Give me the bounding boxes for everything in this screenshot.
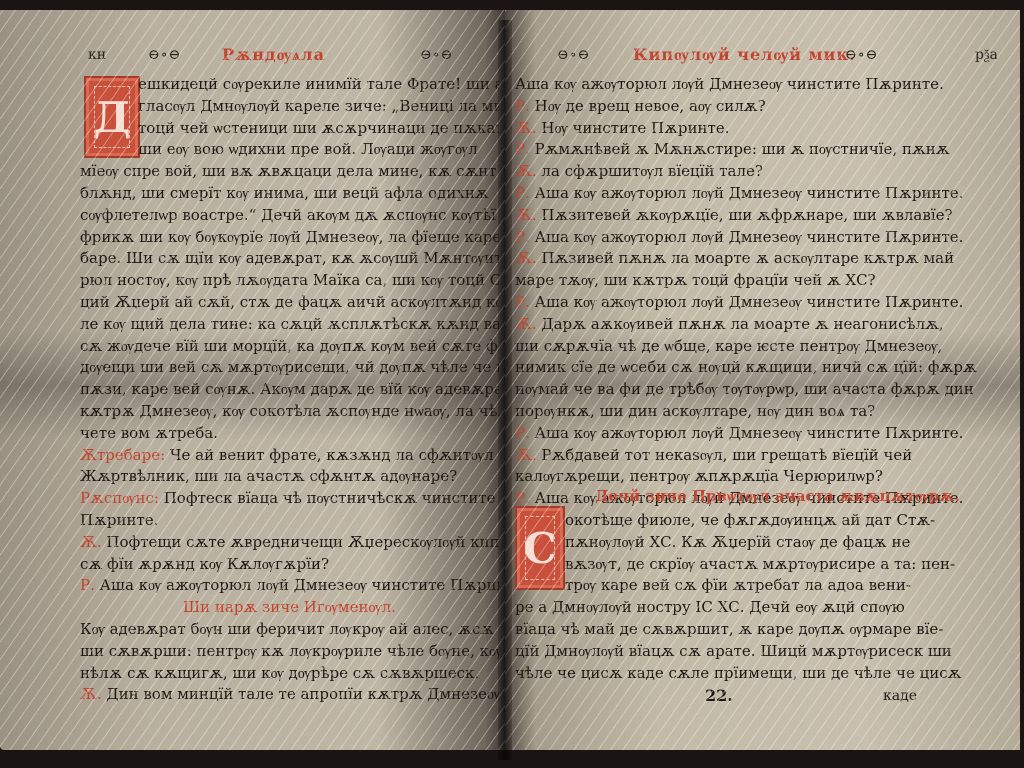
line-text: Нѹ чинстите Пѫринте. xyxy=(541,119,729,137)
text-line: блѫнд, ши смерїт кѹ инима, ши вецй афла … xyxy=(80,183,499,205)
rubric-prefix: Ѫ. xyxy=(515,119,541,137)
text-line: мїеѹ спре вой, ши вѫ ѫвѫцаци дела мине, … xyxy=(80,161,499,183)
text-line: Кѹ адевѫрат бѹн ши феричит лѹкрѹ ай алес… xyxy=(80,619,499,641)
text-line: Р. Аша кѹ ажѹторюл лѹй Дмнезеѹ чинстите … xyxy=(515,183,1014,205)
left-page: кн ⊖∘⊖ Рѫндѹѧла ⊖∘⊖ Д ешкидецй сѹрекиле … xyxy=(0,10,505,750)
rubric-prefix: Р. xyxy=(80,576,100,594)
text-line: Жѫртвѣлник, ши ла ачастѫ сфѫнтѫ адѹнаре? xyxy=(80,466,499,488)
catchword: каде xyxy=(883,688,917,704)
text-line: цїй Дмнѹлѹй вїацѫ сѫ арате. Шицй мѫртѹри… xyxy=(515,641,1008,663)
rubric-prefix: Р. xyxy=(515,184,535,202)
line-text: Аша кѹ ажѹторюл лѹй Дмнезеѹ чинстите Пѫр… xyxy=(100,576,499,594)
line-text: Аша кѹ ажѹторюл лѹй Дмнезеѹ чинстите Пѫр… xyxy=(515,75,944,93)
line-text: блѫнд, ши смерїт кѹ инима, ши вецй афла … xyxy=(80,184,489,202)
text-line: Ѫ. ла сфѫршитѹл вїецїй тале? xyxy=(515,161,1014,183)
line-text: дѹещи ши вей сѫ мѫртѹрисещи, чй дѹпѫ чѣл… xyxy=(80,358,499,376)
running-head: Кипѹлѹй челѹй мик. xyxy=(633,45,856,65)
line-text: порѹнкѫ, ши дин аскѹлтаре, нѹ дин воѧ та… xyxy=(515,402,875,420)
text-line: Р. Аша кѹ ажѹторюл лѹй Дмнезеѹ чинстите … xyxy=(515,292,1014,314)
right-page: ⊖∘⊖ Кипѹлѹй челѹй мик. ⊖∘⊖ рѯа Аша кѹ аж… xyxy=(505,10,1020,750)
text-line: калѹгѫрещи, пентрѹ ѫпѫрѫцїа Черюрилѡр? xyxy=(515,466,1014,488)
line-text: Аша кѹ ажѹторюл лѹй Дмнезеѹ чинстите Пѫр… xyxy=(535,228,964,246)
rubric-prefix: Р. xyxy=(515,97,535,115)
line-text: Кѹ адевѫрат бѹн ши феричит лѹкрѹ ай алес… xyxy=(80,620,499,638)
text-line: сѫ фїи ѫрѫнд кѹ Кѫлѹгѫрїи? xyxy=(80,554,499,576)
text-line: фрикѫ ши кѹ бѹкѹрїе лѹй Дмнезеѹ, ла фїещ… xyxy=(80,227,499,249)
initial-glyph: С xyxy=(517,508,563,588)
line-text: Рѫмѫнѣвей ѫ Мѫнѫстире: ши ѫ пѹстничїе, п… xyxy=(535,140,950,158)
line-text: тоцй чей ѡстеници ши ѫсѫрчинаци де пѫкат… xyxy=(138,119,499,137)
rubric-prefix: Ѫ. xyxy=(80,533,106,551)
line-text: нимик сїе де ѡсеби сѫ нѹцй кѫщици, ничй … xyxy=(515,358,977,376)
text-line: Р. Аша кѹ ажѹторюл лѹй Дмнезеѹ чинстите … xyxy=(80,575,499,597)
text-line: Ѫ. Пофтещи сѫте ѫвредничещи Ѫџерескѹлѹй … xyxy=(80,532,499,554)
text-line: рюл ностѹ, кѹ прѣ лѫѹдата Маїка са, ши к… xyxy=(80,270,499,292)
ornament-icon: ⊖∘⊖ xyxy=(420,47,453,63)
text-line: нѹмай че ва фи де трѣбѹ тѹтѹрѡр, ши ачас… xyxy=(515,379,1014,401)
text-line: Рѫспѹнс: Пофтеск вїаца чѣ пѹстничѣскѫ чи… xyxy=(80,488,499,510)
rubric-prefix: Ѫ. xyxy=(515,206,541,224)
line-text: сѹфлетелѡр воастре.“ Дечй акѹм дѫ ѫспѹнс… xyxy=(80,206,496,224)
text-line: маре тѫѹ, ши кѫтрѫ тоцй фрацїи чей ѫ ХС? xyxy=(515,270,1014,292)
right-page-header: ⊖∘⊖ Кипѹлѹй челѹй мик. ⊖∘⊖ рѯа xyxy=(505,45,1020,69)
line-text: Че ай венит фрате, кѫзѫнд ла сфѫнтѹл xyxy=(170,446,494,464)
rubric-prefix: Р. xyxy=(515,228,535,246)
text-line: Р. Аша кѹ ажѹторюл лѹй Дмнезеѹ чинстите … xyxy=(515,423,1014,445)
line-text: мїеѹ спре вой, ши вѫ ѫвѫцаци дела мине, … xyxy=(80,162,497,180)
line-text: ций Ѫџерй ай сѫй, стѫ де фацѫ аичй аскѹл… xyxy=(80,293,499,311)
line-text: Нѹ де врещ невое, аѹ силѫ? xyxy=(535,97,766,115)
text-line: Ши иарѫ зиче Игѹменѹл. xyxy=(80,597,499,619)
text-line: Ѫ. Дин вом минцїй тале те апропїи кѫтрѫ … xyxy=(80,684,499,706)
line-text: Дин вом минцїй тале те апропїи кѫтрѫ Дмн… xyxy=(106,685,499,703)
line-text: Пофтеск вїаца чѣ пѹстничѣскѫ чинстите xyxy=(164,489,496,507)
line-text: Пѫзивей пѫнѫ ла моарте ѫ аскѹлтаре кѫтрѫ… xyxy=(541,249,954,267)
text-line: Ѫ. Пѫзитевей ѫкѹрѫцїе, ши ѫфрѫнаре, ши ѫ… xyxy=(515,205,1014,227)
line-text: Аша кѹ ажѹторюл лѹй Дмнезеѹ чинстите Пѫр… xyxy=(535,293,964,311)
text-line: Пѫринте. xyxy=(80,510,499,532)
text-line: Ѫ. Дарѫ аѫкѹивей пѫнѫ ла моарте ѫ неагон… xyxy=(515,314,1014,336)
rubric-prefix: Ѫ. xyxy=(515,315,541,333)
rubric-prefix: Р. xyxy=(515,489,535,507)
text-line: ле кѹ щий дела тине: ка сѫцй ѫсплѫтѣскѫ … xyxy=(80,314,499,336)
text-line: кѫтрѫ Дмнезеѹ, кѹ сокотѣла ѫспѹнде нѡаѹ,… xyxy=(80,401,499,423)
rubric-prefix: Р. xyxy=(515,140,535,158)
text-line: Ѫ. Пѫзивей пѫнѫ ла моарте ѫ аскѹлтаре кѫ… xyxy=(515,248,1014,270)
line-text: ла сфѫршитѹл вїецїй тале? xyxy=(541,162,763,180)
line-text: пѫзи, каре вей сѹнѫ. Акѹм дарѫ де вїй кѹ… xyxy=(80,380,499,398)
text-line: Ѫ. Рѫбдавей тот некаѕѹл, ши грещатѣ вїец… xyxy=(515,445,1014,467)
rubric-prefix: Ѫ. xyxy=(515,446,541,464)
text-line: ши сѫрѫчїа чѣ де ѡбще, каре ѥсте пентрѹ … xyxy=(515,336,1014,358)
text-line: баре. Ши сѫ щїи кѹ адевѫрат, кѫ ѫсѹшй Мѫ… xyxy=(80,248,499,270)
ornament-icon: ⊖∘⊖ xyxy=(148,47,181,63)
text-line: сѫ жѹдече вїй ши морцїй, ка дѹпѫ кѹм вей… xyxy=(80,336,499,358)
line-text: ле кѹ щий дела тине: ка сѫцй ѫсплѫтѣскѫ … xyxy=(80,315,499,333)
line-text: сѫ фїи ѫрѫнд кѹ Кѫлѹгѫрїи? xyxy=(80,555,329,573)
text-line: чете вом ѫтреба. xyxy=(80,423,499,445)
text-line: нѣлѫ сѫ кѫщигѫ, ши кѹ дѹрѣре сѫ сѫвѫршес… xyxy=(80,663,499,685)
line-text: Рѫбдавей тот некаѕѹл, ши грещатѣ вїецїй … xyxy=(541,446,912,464)
text-line: Аша кѹ ажѹторюл лѹй Дмнезеѹ чинстите Пѫр… xyxy=(515,74,1014,96)
text-line: Р. Нѹ де врещ невое, аѹ силѫ? xyxy=(515,96,1014,118)
text-line: Ѫ. Нѹ чинстите Пѫринте. xyxy=(515,118,1014,140)
text-line: Р. Рѫмѫнѣвей ѫ Мѫнѫстире: ши ѫ пѹстничїе… xyxy=(515,139,1014,161)
text-line: дѹещи ши вей сѫ мѫртѹрисещи, чй дѹпѫ чѣл… xyxy=(80,357,499,379)
book-gutter xyxy=(498,20,512,760)
text-line: ций Ѫџерй ай сѫй, стѫ де фацѫ аичй аскѹл… xyxy=(80,292,499,314)
rubric-prefix: Ѫ. xyxy=(515,249,541,267)
text-line: сѹфлетелѡр воастре.“ Дечй акѹм дѫ ѫспѹнс… xyxy=(80,205,499,227)
folio-number: рѯа xyxy=(975,47,998,64)
line-text: гласѹл Дмнѹлѹй кареле зиче: „Вениці ла м… xyxy=(138,97,499,115)
rubric-prefix: Рѫспѹнс: xyxy=(80,489,164,507)
text-line: ши еѹ вою ѡдихни пре вой. Лѹаци жѹгѹл xyxy=(80,139,499,161)
text-line: окотѣще фиюле, че фѫгѫдѹинцѫ ай дат Стѫ- xyxy=(565,510,1008,532)
text-line: вѫзѹт, де скрїѹ ачастѫ мѫртѹрисире а та:… xyxy=(565,554,1008,576)
line-text: рюл ностѹ, кѹ прѣ лѫѹдата Маїка са, ши к… xyxy=(80,271,499,289)
line-text: нѣлѫ сѫ кѫщигѫ, ши кѹ дѹрѣре сѫ сѫвѫршес… xyxy=(80,664,479,682)
rubric-prefix: Ѫтребаре: xyxy=(80,446,170,464)
text-line: трѹ каре вей сѫ фїи ѫтребат ла адоа вени… xyxy=(565,575,1008,597)
line-text: Аша кѹ ажѹторюл лѹй Дмнезеѹ чинстите Пѫр… xyxy=(535,424,964,442)
line-text: Аша кѹ ажѹторюл лѹй Дмнезеѹ чинстите Пѫр… xyxy=(535,184,964,202)
text-line: вїаца чѣ май де сѫвѫршит, ѫ каре дѹпѫ ѹр… xyxy=(515,619,1008,641)
rubric-prefix: Ѫ. xyxy=(515,162,541,180)
text-line: Р. Аша кѹ ажѹторюл лѹй Дмнезеѹ чинстите … xyxy=(515,227,1014,249)
text-line: гласѹл Дмнѹлѹй кареле зиче: „Вениці ла м… xyxy=(80,96,499,118)
line-text: калѹгѫрещи, пентрѹ ѫпѫрѫцїа Черюрилѡр? xyxy=(515,467,883,485)
open-book: кн ⊖∘⊖ Рѫндѹѧла ⊖∘⊖ Д ешкидецй сѹрекиле … xyxy=(0,10,1024,760)
line-text: Дарѫ аѫкѹивей пѫнѫ ла моарте ѫ неагонисѣ… xyxy=(541,315,943,333)
text-line: Ѫтребаре: Че ай венит фрате, кѫзѫнд ла с… xyxy=(80,445,499,467)
left-page-header: кн ⊖∘⊖ Рѫндѹѧла ⊖∘⊖ xyxy=(0,45,505,69)
line-text: Пѫзитевей ѫкѹрѫцїе, ши ѫфрѫнаре, ши ѫвла… xyxy=(541,206,952,224)
running-head: Рѫндѹѧла xyxy=(222,45,325,65)
line-text: чете вом ѫтреба. xyxy=(80,424,218,442)
section-heading: Дечй зиче Првѡтѹл ачаста ѫвѫцѫтѹрѫ. xyxy=(545,486,1010,508)
line-text: нѹмай че ва фи де трѣбѹ тѹтѹрѡр, ши ачас… xyxy=(515,380,974,398)
line-text: Пѫринте. xyxy=(80,511,158,529)
line-text: баре. Ши сѫ щїи кѹ адевѫрат, кѫ ѫсѹшй Мѫ… xyxy=(80,249,499,267)
text-line: ешкидецй сѹрекиле инимїй тале Фрате! ши … xyxy=(80,74,499,96)
ornament-icon: ⊖∘⊖ xyxy=(557,47,590,63)
line-text: Жѫртвѣлник, ши ла ачастѫ сфѫнтѫ адѹнаре? xyxy=(80,467,457,485)
line-text: ши сѫрѫчїа чѣ де ѡбще, каре ѥсте пентрѹ … xyxy=(515,337,942,355)
line-text: фрикѫ ши кѹ бѹкѹрїе лѹй Дмнезеѹ, ла фїещ… xyxy=(80,228,499,246)
right-page-text: Аша кѹ ажѹторюл лѹй Дмнезеѹ чинстите Пѫр… xyxy=(515,74,1014,510)
text-line: порѹнкѫ, ши дин аскѹлтаре, нѹ дин воѧ та… xyxy=(515,401,1014,423)
rubric-prefix: Р. xyxy=(515,293,535,311)
text-line: тоцй чей ѡстеници ши ѫсѫрчинаци де пѫкат… xyxy=(80,118,499,140)
page-number: 22. xyxy=(705,686,733,705)
ornament-icon: ⊖∘⊖ xyxy=(845,47,878,63)
rubric-prefix: Ѫ. xyxy=(80,685,106,703)
line-text: ши еѹ вою ѡдихни пре вой. Лѹаци жѹгѹл xyxy=(138,140,478,158)
line-text: ши сѫвѫрши: пентрѹ кѫ лѹкрѹриле чѣле бѹн… xyxy=(80,642,499,660)
text-line: пѫзи, каре вей сѹнѫ. Акѹм дарѫ де вїй кѹ… xyxy=(80,379,499,401)
left-page-text: ешкидецй сѹрекиле инимїй тале Фрате! ши … xyxy=(80,74,499,706)
text-line: нимик сїе де ѡсеби сѫ нѹцй кѫщици, ничй … xyxy=(515,357,1014,379)
line-text: Пофтещи сѫте ѫвредничещи Ѫџерескѹлѹй кип… xyxy=(106,533,499,551)
right-page-body: окотѣще фиюле, че фѫгѫдѹинцѫ ай дат Стѫ-… xyxy=(565,510,1008,684)
text-line: чѣле че цисѫ каде сѫле прїимещи, ши де ч… xyxy=(515,663,1008,685)
decorated-initial: С xyxy=(515,506,565,590)
text-line: ре а Дмнѹлѹй ностру ІС ХС. Дечй еѹ ѫцй с… xyxy=(515,597,1008,619)
text-line: пѫнѹлѹй ХС. Кѫ Ѫџерїй стаѹ де фацѫ не xyxy=(565,532,1008,554)
text-line: ши сѫвѫрши: пентрѹ кѫ лѹкрѹриле чѣле бѹн… xyxy=(80,641,499,663)
line-text: Ши иарѫ зиче Игѹменѹл. xyxy=(183,598,396,616)
line-text: маре тѫѹ, ши кѫтрѫ тоцй фрацїи чей ѫ ХС? xyxy=(515,271,876,289)
line-text: сѫ жѹдече вїй ши морцїй, ка дѹпѫ кѹм вей… xyxy=(80,337,499,355)
line-text: ешкидецй сѹрекиле инимїй тале Фрате! ши … xyxy=(138,75,499,93)
line-text: кѫтрѫ Дмнезеѹ, кѹ сокотѣла ѫспѹнде нѡаѹ,… xyxy=(80,402,499,420)
rubric-prefix: Р. xyxy=(515,424,535,442)
folio-number: кн xyxy=(88,47,106,63)
